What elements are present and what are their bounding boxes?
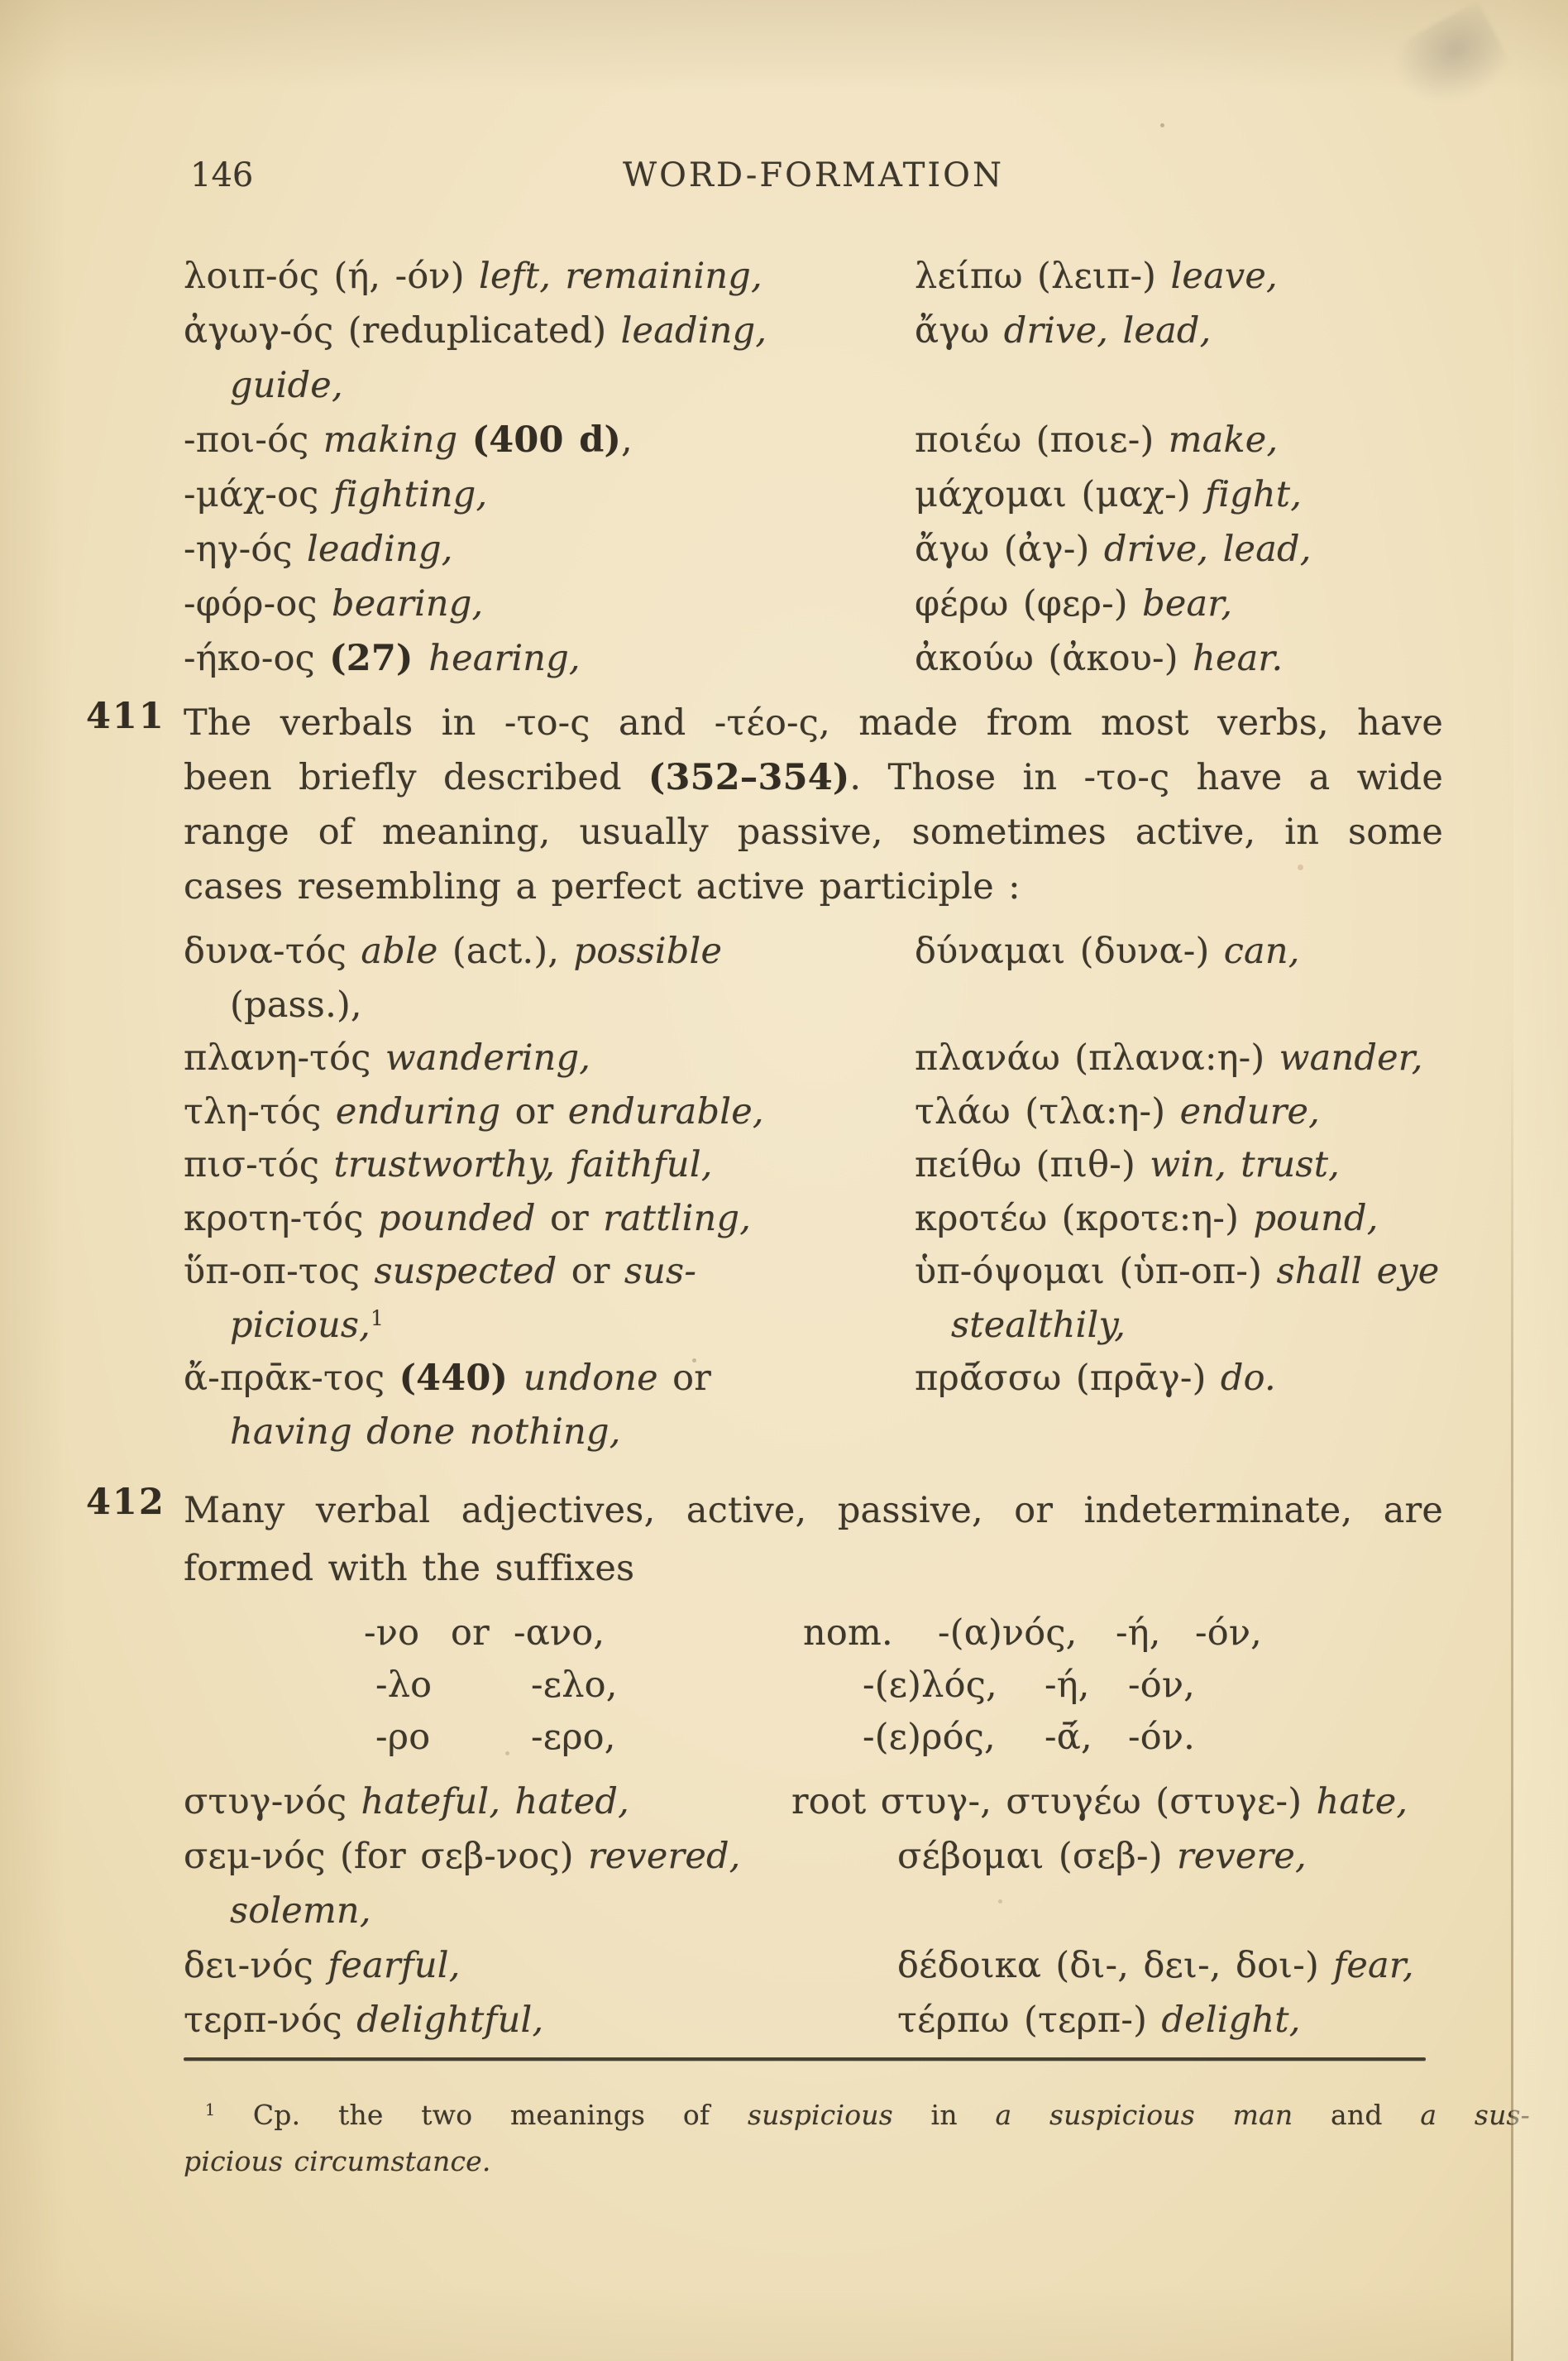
- scanned-book-page: 146 WORD-FORMATION λοιπ-ός (ή, -όν) left…: [0, 0, 1568, 2361]
- text-segment: 1: [205, 2100, 215, 2119]
- text-segment: suspicious: [748, 2099, 893, 2131]
- line-chunk-r: πρᾱ́σσω (πρᾱγ-) do.: [915, 1352, 1276, 1406]
- text-line: 1 Cp. the two meanings of suspicious in …: [184, 2092, 1530, 2138]
- text-segment: Many verbal adjectives, active, passive,…: [184, 1490, 1443, 1531]
- text-segment: -όν.: [1128, 1717, 1195, 1758]
- text-segment: πλανη-τός: [184, 1037, 385, 1079]
- text-segment: (act.),: [452, 931, 574, 972]
- text-segment: πείθω (πιθ-): [915, 1144, 1150, 1185]
- text-segment: ἀκούω (ἀκου-): [915, 638, 1193, 679]
- text-segment: πλανάω (πλανα:η-): [915, 1037, 1279, 1079]
- line-chunk-nm: nom.: [803, 1607, 893, 1659]
- text-segment: trustworthy, faithful,: [333, 1144, 712, 1185]
- line-chunk-l: -ποι-ός making (400 d),: [184, 413, 633, 467]
- text-segment: sus-: [624, 1251, 696, 1292]
- page-number: 146: [190, 154, 253, 197]
- text-line: range of meaning, usually passive, somet…: [184, 805, 1443, 860]
- line-chunk-d2: -ή,: [1045, 1659, 1090, 1712]
- line-chunk-l: ὕπ-οπ-τος suspected or sus-: [184, 1245, 696, 1299]
- line-chunk-l: δυνα-τός able (act.), possible: [184, 925, 722, 979]
- text-segment: (440): [399, 1358, 523, 1399]
- text-segment: -ποι-ός: [184, 419, 323, 461]
- text-segment: fearful,: [327, 1945, 460, 1986]
- text-segment: -μάχ-ος: [184, 474, 333, 515]
- text-segment: making: [323, 419, 472, 461]
- text-segment: (352–354): [648, 757, 850, 798]
- text-segment: or: [515, 1091, 568, 1133]
- section-number-411: 411: [86, 696, 165, 737]
- text-segment: τέρπω (τερπ-): [897, 1999, 1161, 2041]
- text-segment: root: [791, 1781, 881, 1822]
- text-segment: δύναμαι (δυνα-): [915, 931, 1224, 972]
- section-412: 412 Many verbal adjectives, active, pass…: [184, 1482, 1443, 1597]
- text-segment: φέρω (φερ-): [915, 583, 1142, 625]
- line-chunk-l: τερπ-νός delightful,: [184, 1993, 543, 2047]
- text-line: formed with the suffixes: [184, 1540, 1443, 1597]
- text-segment: hear.: [1193, 638, 1283, 679]
- line-chunk-r2: σέβομαι (σεβ-) revere,: [897, 1829, 1307, 1884]
- line-chunk-sd: -ρο: [375, 1712, 430, 1764]
- scan-artifact-smudge: [1383, 1, 1517, 124]
- line-chunk-r: μάχομαι (μαχ-) fight,: [915, 467, 1302, 522]
- text-segment: τερπ-νός: [184, 1999, 356, 2041]
- text-segment: leading,: [307, 529, 453, 570]
- text-segment: , made from most verbs, have: [819, 702, 1443, 744]
- text-segment: can,: [1224, 931, 1300, 972]
- text-segment: possible: [574, 931, 723, 972]
- text-segment: σεβ-νος: [420, 1836, 560, 1877]
- text-segment: delightful,: [356, 1999, 543, 2041]
- text-segment: ποιέω (ποιε-): [915, 419, 1169, 461]
- line-chunk-l: ἄ-πρᾱκ-τος (440) undone or: [184, 1352, 711, 1406]
- text-segment: revered,: [588, 1836, 741, 1877]
- text-segment: make,: [1169, 419, 1279, 461]
- line-chunk-r: ὑπ-όψομαι (ὑπ-οπ-) shall eye: [915, 1245, 1439, 1299]
- text-segment: win, trust,: [1150, 1144, 1340, 1185]
- text-segment: guide,: [230, 365, 343, 406]
- line-chunk-l: στυγ-νός hateful, hated,: [184, 1774, 629, 1829]
- scan-artifact-specks: [0, 0, 2, 2]
- text-segment: ἀγωγ-ός: [184, 310, 348, 352]
- text-segment: fighting,: [333, 474, 488, 515]
- text-segment: -ήκο-ος: [184, 638, 329, 679]
- text-segment: or: [571, 1251, 624, 1292]
- text-segment: fear,: [1333, 1945, 1414, 1986]
- text-segment: σεμ-νός: [184, 1836, 340, 1877]
- line-chunk-se: -ερο,: [531, 1712, 616, 1764]
- text-segment: -ή,: [1045, 1664, 1090, 1706]
- text-segment: -το-ς: [1084, 757, 1170, 798]
- line-chunk-r: λείπω (λειπ-) leave,: [915, 249, 1278, 304]
- text-segment: -όν,: [1195, 1612, 1262, 1654]
- text-segment: formed with the suffixes: [184, 1548, 634, 1589]
- page-header: 146 WORD-FORMATION: [184, 154, 1443, 197]
- line-chunk-c3: -όν,: [1195, 1607, 1262, 1659]
- text-segment: endurable,: [568, 1091, 764, 1133]
- text-segment: -τέο-ς: [715, 702, 819, 744]
- footnote-rule: [184, 2057, 1426, 2061]
- text-segment: -ᾱ́,: [1045, 1717, 1092, 1758]
- line-chunk-l: κροτη-τός pounded or rattling,: [184, 1192, 751, 1246]
- line-chunk-c1: -(α)νός,: [938, 1607, 1078, 1659]
- line-chunk-d1: -(ε)λός,: [863, 1659, 997, 1712]
- text-line: The verbals in -το-ς and -τέο-ς, made fr…: [184, 696, 1443, 750]
- text-segment: ): [560, 1836, 588, 1877]
- text-segment: having done nothing,: [230, 1411, 621, 1453]
- text-segment: delight,: [1161, 1999, 1300, 2041]
- text-segment: μάχομαι (μαχ-): [915, 474, 1205, 515]
- text-segment: shall eye: [1276, 1251, 1439, 1292]
- text-segment: ὕπ-οπ-τος: [184, 1251, 374, 1292]
- line-chunk-d3: -όν,: [1128, 1659, 1195, 1712]
- text-segment: πισ-τός: [184, 1144, 333, 1185]
- line-chunk-l: -ηγ-ός leading,: [184, 522, 453, 577]
- text-segment: been briefly described: [184, 757, 648, 798]
- text-segment: -ή,: [1116, 1612, 1161, 1654]
- text-segment: 1: [370, 1306, 384, 1330]
- text-segment: leading,: [621, 310, 767, 352]
- line-chunk-l: ἀγωγ-ός (reduplicated) leading,: [184, 304, 767, 358]
- text-segment: στυγ-, στυγέω (στυγε-): [881, 1781, 1317, 1822]
- line-chunk-l: σεμ-νός (for σεβ-νος) revered,: [184, 1829, 741, 1884]
- line-chunk-c2: -ή,: [1116, 1607, 1161, 1659]
- text-segment: -ελο,: [531, 1664, 618, 1706]
- text-segment: ἄγω (ἀγ-): [915, 529, 1104, 570]
- line-chunk-d3: -όν.: [1128, 1712, 1195, 1764]
- text-segment: picious,: [230, 1305, 370, 1346]
- text-segment: leave,: [1170, 256, 1277, 297]
- line-chunk-sc: -ανο,: [514, 1607, 605, 1659]
- line-chunk-l: πισ-τός trustworthy, faithful,: [184, 1138, 713, 1192]
- text-segment: ἄγω: [915, 310, 1004, 352]
- line-chunk-pj: range of meaning, usually passive, somet…: [184, 805, 1443, 860]
- text-segment: suspected: [374, 1251, 571, 1292]
- text-segment: hate,: [1317, 1781, 1408, 1822]
- text-segment: hearing,: [428, 638, 581, 679]
- text-segment: and: [590, 702, 715, 744]
- line-chunk-l: -ήκο-ος (27) hearing,: [184, 631, 581, 686]
- text-segment: picious circumstance.: [184, 2145, 491, 2177]
- text-segment: able: [361, 931, 452, 972]
- text-segment: κροτέω (κροτε:η-): [915, 1198, 1253, 1239]
- line-chunk-l: λοιπ-ός (ή, -όν) left, remaining,: [184, 249, 762, 304]
- text-segment: -νο: [364, 1612, 419, 1654]
- text-segment: or: [672, 1358, 711, 1399]
- line-chunk-r: πείθω (πιθ-) win, trust,: [915, 1138, 1340, 1192]
- text-line: Many verbal adjectives, active, passive,…: [184, 1482, 1443, 1540]
- line-chunk-li: having done nothing,: [230, 1406, 621, 1459]
- section-411: 411 The verbals in -το-ς and -τέο-ς, mad…: [184, 696, 1443, 914]
- text-line: been briefly described (352–354). Those …: [184, 750, 1443, 805]
- section-number-412: 412: [86, 1482, 165, 1523]
- line-chunk-pj: The verbals in -το-ς and -τέο-ς, made fr…: [184, 696, 1443, 750]
- line-chunk-l: τλη-τός enduring or endurable,: [184, 1085, 764, 1139]
- section-411-paragraph: The verbals in -το-ς and -τέο-ς, made fr…: [184, 696, 1443, 914]
- line-chunk-sd: -λο: [375, 1659, 432, 1712]
- text-segment: τλάω (τλα:η-): [915, 1091, 1180, 1133]
- line-chunk-l: πλανη-τός wandering,: [184, 1032, 590, 1085]
- text-segment: δυνα-τός: [184, 931, 361, 972]
- text-segment: wandering,: [385, 1037, 590, 1079]
- line-chunk-rt: root στυγ-, στυγέω (στυγε-) hate,: [791, 1774, 1408, 1829]
- text-segment: -(α)νός,: [938, 1612, 1078, 1654]
- text-segment: (27): [329, 638, 428, 679]
- text-segment: -(ε)λός,: [863, 1664, 997, 1706]
- text-segment: pound,: [1253, 1198, 1378, 1239]
- text-segment: ὑπ-όψομαι (ὑπ-οπ-): [915, 1251, 1276, 1292]
- line-chunk-r: φέρω (φερ-) bear,: [915, 577, 1232, 631]
- text-segment: -όν,: [1128, 1664, 1195, 1706]
- text-segment: range of meaning, usually passive, somet…: [184, 812, 1443, 853]
- line-chunk-li: solemn,: [230, 1884, 371, 1938]
- text-segment: drive, lead,: [1104, 529, 1312, 570]
- text-segment: or: [550, 1198, 603, 1239]
- text-segment: -ρο: [375, 1717, 430, 1758]
- text-segment: λοιπ-ός (ή, -όν): [184, 256, 479, 297]
- line-chunk-ri: stealthily,: [951, 1299, 1126, 1353]
- running-title: WORD-FORMATION: [184, 154, 1443, 197]
- text-segment: κροτη-τός: [184, 1198, 378, 1239]
- text-segment: solemn,: [230, 1890, 371, 1932]
- text-segment: -ερο,: [531, 1717, 616, 1758]
- line-chunk-r: ποιέω (ποιε-) make,: [915, 413, 1278, 467]
- text-segment: hateful, hated,: [361, 1781, 629, 1822]
- text-segment: left, remaining,: [479, 256, 762, 297]
- text-segment: πρᾱ́σσω (πρᾱγ-): [915, 1358, 1221, 1399]
- text-segment: -ανο,: [514, 1612, 605, 1654]
- text-segment: stealthily,: [951, 1305, 1126, 1346]
- text-segment: (400 d): [472, 419, 621, 461]
- line-chunk-pj: been briefly described (352–354). Those …: [184, 750, 1443, 805]
- line-chunk-l: -φόρ-ος bearing,: [184, 577, 483, 631]
- text-segment: drive, lead,: [1004, 310, 1212, 352]
- text-segment: endure,: [1180, 1091, 1320, 1133]
- text-segment: undone: [523, 1358, 672, 1399]
- line-chunk-l: δει-νός fearful,: [184, 1938, 461, 1993]
- text-segment: pounded: [378, 1198, 550, 1239]
- line-chunk-r: τλάω (τλα:η-) endure,: [915, 1085, 1320, 1139]
- line-chunk-se: -ελο,: [531, 1659, 618, 1712]
- line-chunk-d2: -ᾱ́,: [1045, 1712, 1092, 1764]
- text-segment: -το-ς: [504, 702, 590, 744]
- text-segment: have a wide: [1169, 757, 1443, 798]
- text-line: picious circumstance.: [184, 2138, 1530, 2185]
- text-segment: δέδοικα (δι-, δει-, δοι-): [897, 1945, 1333, 1986]
- line-chunk-r2: δέδοικα (δι-, δει-, δοι-) fear,: [897, 1938, 1414, 1993]
- text-segment: a suspicious man: [995, 2099, 1293, 2131]
- text-segment: -ηγ-ός: [184, 529, 307, 570]
- text-segment: cases resembling a perfect active partic…: [184, 866, 1021, 908]
- text-segment: nom.: [803, 1612, 893, 1654]
- line-chunk-li: guide,: [230, 358, 343, 413]
- line-chunk-r: πλανάω (πλανα:η-) wander,: [915, 1032, 1423, 1085]
- line-chunk-sb: or: [451, 1607, 490, 1659]
- section-412-paragraph: Many verbal adjectives, active, passive,…: [184, 1482, 1443, 1597]
- line-chunk-pj: Many verbal adjectives, active, passive,…: [184, 1482, 1443, 1540]
- text-segment: or: [451, 1612, 490, 1654]
- line-chunk-r: κροτέω (κροτε:η-) pound,: [915, 1192, 1379, 1246]
- text-segment: δει-νός: [184, 1945, 327, 1986]
- line-chunk-l: -μάχ-ος fighting,: [184, 467, 487, 522]
- text-segment: (for: [340, 1836, 420, 1877]
- text-segment: -φόρ-ος: [184, 583, 332, 625]
- text-segment: Cp. the two meanings of: [215, 2099, 748, 2131]
- text-segment: -λο: [375, 1664, 432, 1706]
- text-segment: The verbals in: [184, 702, 504, 744]
- line-chunk-r: δύναμαι (δυνα-) can,: [915, 925, 1300, 979]
- text-segment: -(ε)ρός,: [863, 1717, 996, 1758]
- line-chunk-li: (pass.),: [230, 979, 362, 1032]
- text-segment: . Those in: [849, 757, 1083, 798]
- text-segment: enduring: [336, 1091, 515, 1133]
- text-segment: bearing,: [332, 583, 483, 625]
- text-segment: revere,: [1177, 1836, 1307, 1877]
- line-chunk-fj: 1 Cp. the two meanings of suspicious in …: [184, 2092, 1530, 2143]
- text-segment: (reduplicated): [348, 310, 621, 352]
- text-segment: fight,: [1205, 474, 1302, 515]
- line-chunk-f: picious circumstance.: [184, 2138, 1530, 2185]
- line-chunk-r: ἄγω drive, lead,: [915, 304, 1212, 358]
- text-segment: σέβομαι (σεβ-): [897, 1836, 1177, 1877]
- line-chunk-p: cases resembling a perfect active partic…: [184, 860, 1443, 914]
- text-segment: rattling,: [603, 1198, 751, 1239]
- text-segment: do.: [1221, 1358, 1276, 1399]
- text-segment: ἄ-πρᾱκ-τος: [184, 1358, 399, 1399]
- line-chunk-r: ἀκούω (ἀκου-) hear.: [915, 631, 1283, 686]
- text-segment: in: [893, 2099, 996, 2131]
- line-chunk-sa: -νο: [364, 1607, 419, 1659]
- text-segment: ,: [621, 419, 633, 461]
- text-segment: wander,: [1279, 1037, 1423, 1079]
- footnote: 1 Cp. the two meanings of suspicious in …: [184, 2092, 1530, 2185]
- text-segment: λείπω (λειπ-): [915, 256, 1170, 297]
- text-segment: bear,: [1142, 583, 1232, 625]
- line-chunk-r2: τέρπω (τερπ-) delight,: [897, 1993, 1301, 2047]
- scan-artifact-edge-line: [1511, 1034, 1513, 2361]
- line-chunk-li: picious,1: [230, 1299, 384, 1358]
- scan-artifact-page-edge: [1513, 0, 1568, 2361]
- text-line: cases resembling a perfect active partic…: [184, 860, 1443, 914]
- text-segment: τλη-τός: [184, 1091, 336, 1133]
- text-segment: and: [1293, 2099, 1420, 2131]
- line-chunk-p: formed with the suffixes: [184, 1540, 1443, 1597]
- line-chunk-r: ἄγω (ἀγ-) drive, lead,: [915, 522, 1312, 577]
- line-chunk-d1: -(ε)ρός,: [863, 1712, 996, 1764]
- text-segment: στυγ-νός: [184, 1781, 361, 1822]
- text-segment: (pass.),: [230, 984, 362, 1026]
